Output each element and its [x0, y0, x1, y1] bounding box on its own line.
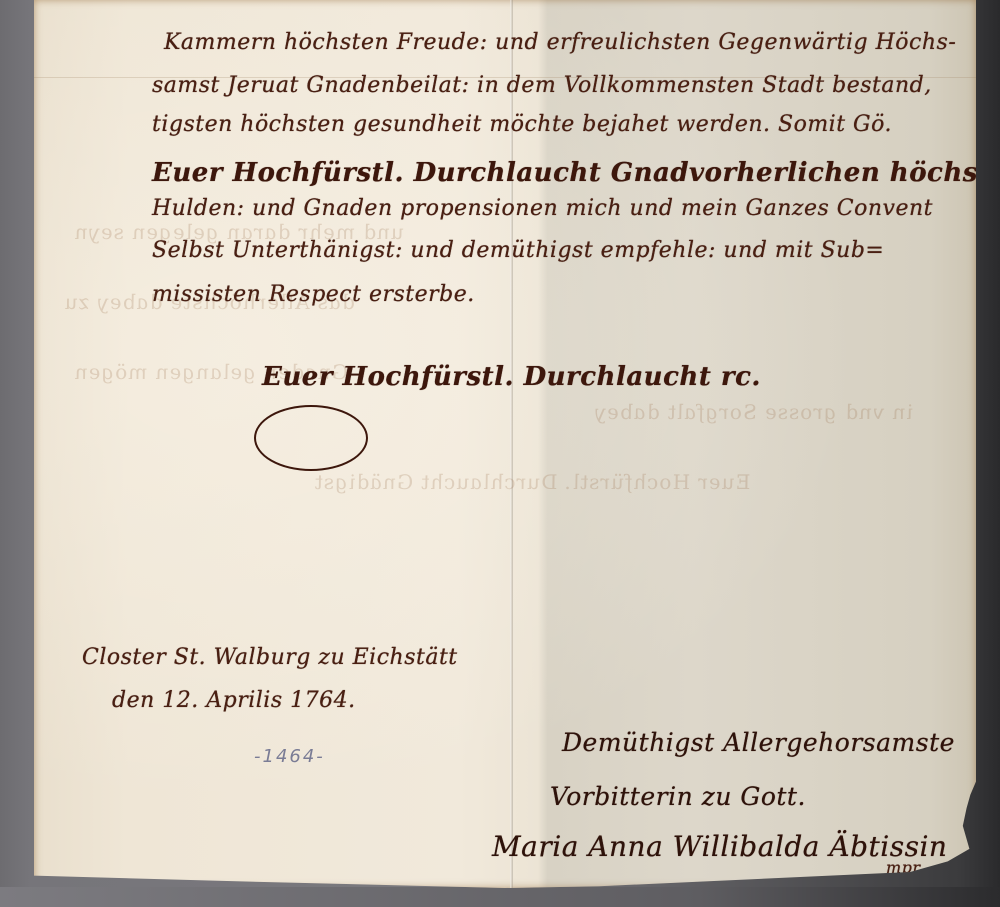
signature-suffix: mpr. — [886, 858, 924, 877]
flourish-ornament — [254, 405, 368, 471]
bleed-through-line: in vnd grosse Sorgfalt dabey — [591, 400, 915, 424]
letter-paper: und mehr daran gelegen seyn das Allerhöc… — [34, 0, 976, 888]
body-line-1: Kammern höchsten Freude: und erfreulichs… — [164, 30, 956, 55]
body-line-5: Hulden: und Gnaden propensionen mich und… — [152, 196, 933, 221]
salutation: Euer Hochfürstl. Durchlaucht rc. — [262, 362, 761, 392]
body-line-4: Euer Hochfürstl. Durchlaucht Gnadvorherl… — [152, 158, 1000, 188]
place-line: Closter St. Walburg zu Eichstätt — [82, 645, 458, 670]
date-line: den 12. Aprilis 1764. — [112, 688, 356, 713]
bleed-through-line: Euer Hochfürstl. Durchlaucht Gnädigst — [311, 470, 752, 494]
body-line-3: tigsten höchsten gesundheit möchte bejah… — [152, 112, 892, 137]
body-line-2: samst Jeruat Gnadenbeilat: in dem Vollko… — [152, 73, 932, 98]
closing-line-2: Vorbitterin zu Gott. — [550, 782, 806, 811]
archive-number: -1464- — [254, 746, 325, 767]
signature: Maria Anna Willibalda Äbtissin — [492, 830, 947, 863]
closing-line-1: Demüthigst Allergehorsamste — [562, 728, 955, 757]
body-line-7: missisten Respect ersterbe. — [152, 282, 475, 307]
backdrop — [0, 887, 1000, 907]
body-line-6: Selbst Unterthänigst: und demüthigst emp… — [152, 238, 884, 263]
